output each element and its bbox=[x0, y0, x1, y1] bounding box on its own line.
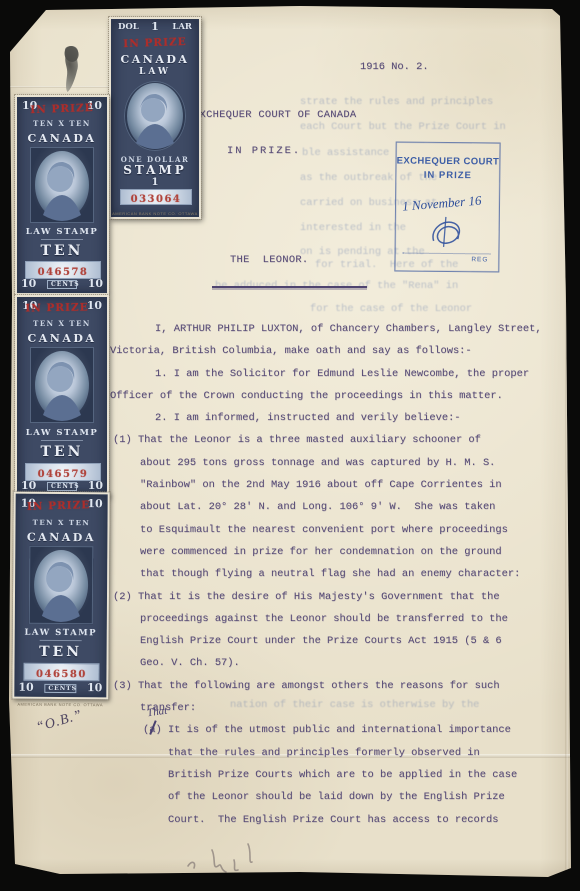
body-line: that the rules and principles formerly o… bbox=[110, 742, 562, 764]
stamp-type-label: LAW STAMP bbox=[17, 227, 107, 237]
stamp-country-label: CANADA bbox=[111, 53, 199, 66]
received-stamp-court-line: EXCHEQUER COURT bbox=[396, 155, 499, 167]
queen-victoria-portrait bbox=[30, 347, 94, 423]
ink-blot bbox=[46, 38, 99, 99]
revenue-stamp-ten-cents-3: 10 10 IN PRIZE TEN X TEN CANADA LAW STAM… bbox=[12, 492, 109, 700]
showthrough-text: ble assistance bbox=[302, 147, 389, 159]
revenue-stamp-one-dollar: DOL 1 LAR IN PRIZE CANADA LAW ONE DOLLAR… bbox=[109, 17, 201, 219]
body-line: Geo. V. Ch. 57). bbox=[110, 652, 562, 674]
stamp-ornament-rule bbox=[41, 440, 83, 441]
affidavit-page: strate the rules and principles each Cou… bbox=[0, 0, 580, 891]
showthrough-text: each Court but the Prize Court in bbox=[300, 121, 506, 133]
stamp-corner-value: 10 bbox=[87, 681, 102, 694]
body-line: British Prize Courts which are to be app… bbox=[110, 764, 562, 786]
body-line: about Lat. 20° 28' N. and Long. 106° 9' … bbox=[110, 496, 562, 518]
body-line: about 295 tons gross tonnage and was cap… bbox=[110, 452, 562, 474]
body-line: English Prize Court under the Prize Cour… bbox=[110, 630, 562, 652]
printer-imprint: AMERICAN BANK NOTE CO. OTTAWA bbox=[111, 211, 199, 216]
stamp-ten-x-ten-band: TEN X TEN bbox=[17, 119, 107, 128]
case-title-underline bbox=[212, 286, 367, 288]
body-line: Officer of the Crown conducting the proc… bbox=[110, 385, 562, 407]
in-prize-overprint: IN PRIZE bbox=[12, 301, 102, 315]
stamp-ten-x-ten-band: TEN X TEN bbox=[17, 319, 107, 328]
registrar-label: REG bbox=[471, 256, 488, 263]
body-line: that though flying a neutral flag she ha… bbox=[110, 563, 562, 585]
received-date-handwriting: 1 November 16 bbox=[402, 191, 497, 214]
stamp-country-label: CANADA bbox=[17, 132, 107, 145]
handwritten-ok-note: “O.B.” bbox=[35, 708, 85, 736]
showthrough-text: strate the rules and principles bbox=[300, 96, 493, 108]
in-prize-overprint: IN PRIZE bbox=[17, 101, 107, 116]
body-line: to Esquimault the nearest convenient por… bbox=[110, 519, 562, 541]
showthrough-text: interested in the bbox=[300, 222, 406, 234]
stamp-cents-label: CENTS bbox=[47, 280, 77, 289]
stamp-corner-value: 10 bbox=[88, 479, 103, 492]
stamp-cents-label: CENTS bbox=[44, 684, 76, 693]
court-name: EXCHEQUER COURT OF CANADA bbox=[193, 109, 356, 121]
in-prize-overprint: IN PRIZE bbox=[12, 499, 104, 514]
body-line: 2. I am informed, instructed and verily … bbox=[110, 407, 562, 429]
revenue-stamp-ten-cents-2: 10 10 IN PRIZE TEN X TEN CANADA LAW STAM… bbox=[15, 295, 109, 497]
court-received-stamp: EXCHEQUER COURT IN PRIZE 1 November 16 R… bbox=[394, 141, 500, 272]
stamp-serial-number: 046578 bbox=[38, 267, 89, 278]
received-stamp-prize-line: IN PRIZE bbox=[396, 169, 499, 181]
revenue-stamp-ten-cents-1: 10 10 IN PRIZE TEN X TEN CANADA LAW STAM… bbox=[15, 95, 109, 295]
stamp-value-word: TEN bbox=[15, 644, 107, 661]
body-line: Victoria, British Columbia, make oath an… bbox=[110, 340, 562, 362]
body-line: transfer: bbox=[110, 697, 562, 719]
document-photo: strate the rules and principles each Cou… bbox=[0, 0, 580, 891]
stamp-type-label: LAW STAMP bbox=[15, 628, 107, 639]
stamp-bottom-numeral: 1 bbox=[111, 177, 199, 188]
case-title: THE LEONOR. bbox=[230, 254, 308, 266]
stamp-serial-number: 033064 bbox=[131, 194, 182, 205]
stamp-corner-value: 10 bbox=[18, 681, 33, 694]
stamp-corner-value: 10 bbox=[88, 277, 103, 290]
body-line: (1) That the Leonor is a three masted au… bbox=[110, 429, 562, 451]
body-line: 1. I am the Solicitor for Edmund Leslie … bbox=[110, 363, 562, 385]
signature-dotted-line bbox=[403, 253, 491, 255]
affidavit-body: I, ARTHUR PHILIP LUXTON, of Chancery Cha… bbox=[110, 318, 562, 831]
stamp-country-label: CANADA bbox=[17, 332, 107, 345]
stamp-serial-number: 046580 bbox=[36, 669, 87, 680]
stamp-value-word: TEN bbox=[17, 444, 107, 460]
stamp-country-label: CANADA bbox=[15, 531, 107, 545]
body-line: "Rainbow" on the 2nd May 1916 about off … bbox=[110, 474, 562, 496]
stamp-serial-panel: 046580 bbox=[23, 663, 99, 682]
stamp-cents-label: CENTS bbox=[47, 482, 77, 491]
stamp-ornament-rule bbox=[41, 239, 83, 240]
pencil-scribble bbox=[182, 836, 282, 880]
stamp-corner-value: 10 bbox=[21, 479, 36, 492]
stamp-serial-number: 046579 bbox=[38, 469, 89, 480]
body-line: (a) It is of the utmost public and inter… bbox=[110, 719, 562, 741]
body-line: Court. The English Prize Court has acces… bbox=[110, 809, 562, 831]
queen-victoria-portrait bbox=[124, 81, 186, 151]
body-line: proceedings against the Leonor should be… bbox=[110, 608, 562, 630]
body-line: I, ARTHUR PHILIP LUXTON, of Chancery Cha… bbox=[110, 318, 562, 340]
stamp-word: STAMP bbox=[111, 163, 199, 177]
stamp-corner-value: 10 bbox=[21, 277, 36, 290]
stamp-value-word: TEN bbox=[17, 243, 107, 259]
body-line: (3) That the following are amongst other… bbox=[110, 675, 562, 697]
stamp-denomination-text: LAR bbox=[172, 22, 192, 32]
stamp-law-label: LAW bbox=[111, 67, 199, 77]
queen-victoria-portrait bbox=[29, 546, 94, 624]
case-number: 1916 No. 2. bbox=[360, 61, 429, 73]
stamp-serial-panel: 033064 bbox=[120, 189, 192, 205]
in-prize-overprint: IN PRIZE bbox=[111, 35, 199, 50]
body-line: of the Leonor should be laid down by the… bbox=[110, 786, 562, 808]
showthrough-text: for the case of the Leonor bbox=[310, 303, 472, 315]
body-line: (2) That it is the desire of His Majesty… bbox=[110, 586, 562, 608]
printer-imprint: AMERICAN BANK NOTE CO. OTTAWA bbox=[14, 702, 106, 708]
stamp-ten-x-ten-band: TEN X TEN bbox=[15, 518, 107, 528]
registrar-signature bbox=[424, 215, 472, 252]
stamp-ornament-rule bbox=[40, 640, 82, 641]
stamp-type-label: LAW STAMP bbox=[17, 428, 107, 438]
queen-victoria-portrait bbox=[30, 147, 94, 223]
paper-edge-crease bbox=[565, 0, 568, 891]
body-line: were commenced in prize for her condemna… bbox=[110, 541, 562, 563]
jurisdiction-label: IN PRIZE. bbox=[227, 145, 301, 157]
